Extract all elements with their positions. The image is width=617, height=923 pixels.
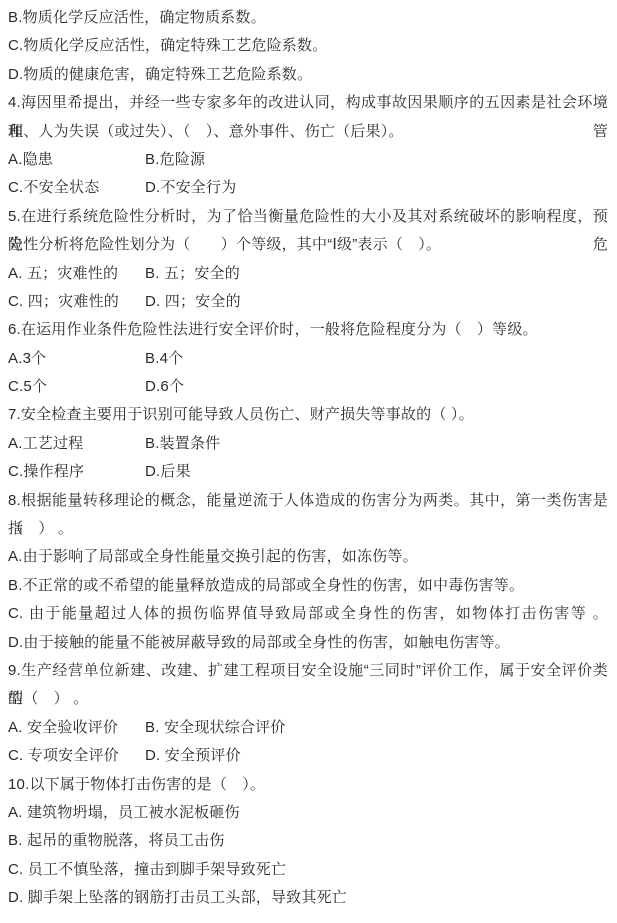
q8-option-c: C. 由于能量超过人体的损伤临界值导致局部或全身性的伤害，如物体打击伤害等 。 — [8, 600, 608, 628]
q9-stem-line-1: 9.生产经营单位新建、改建、扩建工程项目安全设施“三同时”评价工作，属于安全评价… — [8, 657, 608, 685]
q6-options-ab: A.3个B.4个 — [8, 345, 608, 373]
q10-stem: 10.以下属于物体打击伤害的是（ ）。 — [8, 771, 608, 799]
q8-stem-line-1: 8.根据能量转移理论的概念，能量逆流于人体造成的伤害分为两类。其中，第一类伤害是… — [8, 487, 608, 515]
option-cell: A.3个 — [8, 345, 145, 373]
q7-stem: 7.安全检查主要用于识别可能导致人员伤亡、财产损失等事故的（ ）。 — [8, 401, 608, 429]
q7-options-ab: A.工艺过程B.装置条件 — [8, 430, 608, 458]
q9-options-cd: C. 专项安全评价D. 安全预评价 — [8, 742, 608, 770]
q10-option-d: D. 脚手架上坠落的钢筋打击员工头部，导致其死亡 — [8, 884, 608, 912]
q3-option-d: D.物质的健康危害，确定特殊工艺危险系数。 — [8, 61, 608, 89]
option-cell: B.装置条件 — [145, 435, 220, 452]
q10-option-a: A. 建筑物坍塌，员工被水泥板砸伤 — [8, 799, 608, 827]
option-cell: B. 安全现状综合评价 — [145, 719, 286, 736]
option-cell: A.隐患 — [8, 146, 145, 174]
q8-stem-line-2: （ ） 。 — [8, 515, 608, 543]
q3-option-b: B.物质化学反应活性，确定物质系数。 — [8, 4, 608, 32]
option-cell: A. 五；灾难性的 — [8, 260, 145, 288]
option-cell: C.5个 — [8, 373, 145, 401]
q10-option-c: C. 员工不慎坠落，撞击到脚手架导致死亡 — [8, 856, 608, 884]
q4-options-cd: C.不安全状态D.不安全行为 — [8, 174, 608, 202]
option-cell: D. 安全预评价 — [145, 747, 241, 764]
q6-options-cd: C.5个D.6个 — [8, 373, 608, 401]
q9-stem-line-2: 的（ ） 。 — [8, 685, 608, 713]
q5-stem-line-1: 5.在进行系统危险性分析时，为了恰当衡量危险性的大小及其对系统破坏的影响程度，预… — [8, 203, 608, 231]
q8-option-b: B.不正常的或不希望的能量释放造成的局部或全身性的伤害，如中毒伤害等。 — [8, 572, 608, 600]
document-page: B.物质化学反应活性，确定物质系数。C.物质化学反应活性，确定特殊工艺危险系数。… — [0, 0, 617, 923]
q4-options-ab: A.隐患B.危险源 — [8, 146, 608, 174]
q5-options-ab: A. 五；灾难性的B. 五；安全的 — [8, 260, 608, 288]
option-cell: C.操作程序 — [8, 458, 145, 486]
option-cell: C. 专项安全评价 — [8, 742, 145, 770]
option-cell: D.不安全行为 — [145, 179, 236, 196]
q5-options-cd: C. 四；灾难性的D. 四；安全的 — [8, 288, 608, 316]
q4-stem-line-1: 4.海因里希提出，并经一些专家多年的改进认同，构成事故因果顺序的五因素是社会环境… — [8, 89, 608, 117]
option-cell: B.4个 — [145, 350, 183, 367]
option-cell: C. 四；灾难性的 — [8, 288, 145, 316]
q6-stem: 6.在运用作业条件危险性法进行安全评价时，一般将危险程度分为（ ）等级。 — [8, 316, 608, 344]
option-cell: D.后果 — [145, 463, 191, 480]
option-cell: B. 五；安全的 — [145, 265, 240, 282]
option-cell: A. 安全验收评价 — [8, 714, 145, 742]
q8-option-a: A.由于影响了局部或全身性能量交换引起的伤害，如冻伤等。 — [8, 543, 608, 571]
option-cell: A.工艺过程 — [8, 430, 145, 458]
option-cell: D. 四；安全的 — [145, 293, 241, 310]
option-cell: B.危险源 — [145, 151, 205, 168]
q9-options-ab: A. 安全验收评价B. 安全现状综合评价 — [8, 714, 608, 742]
q8-option-d: D.由于接触的能量不能被屏蔽导致的局部或全身性的伤害，如触电伤害等。 — [8, 629, 608, 657]
option-cell: C.不安全状态 — [8, 174, 145, 202]
option-cell: D.6个 — [145, 378, 184, 395]
q10-option-b: B. 起吊的重物脱落，将员工击伤 — [8, 827, 608, 855]
q7-options-cd: C.操作程序D.后果 — [8, 458, 608, 486]
q3-option-c: C.物质化学反应活性，确定特殊工艺危险系数。 — [8, 32, 608, 60]
